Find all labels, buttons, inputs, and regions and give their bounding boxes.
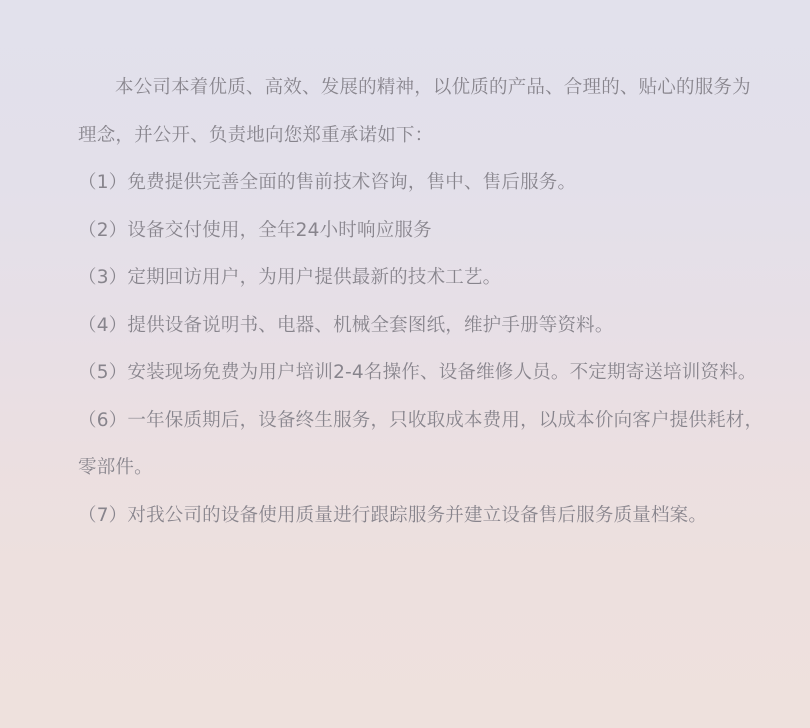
commitment-item-6-line-2: 零部件。 <box>78 444 758 492</box>
commitment-item-2: （2）设备交付使用，全年24小时响应服务 <box>78 207 758 255</box>
commitment-item-6-line-1: （6）一年保质期后，设备终生服务，只收取成本费用，以成本价向客户提供耗材， <box>78 397 758 445</box>
promise-intro-line-2: 理念，并公开、负责地向您郑重承诺如下： <box>78 112 758 160</box>
service-commitment-text: 本公司本着优质、高效、发展的精神，以优质的产品、合理的、贴心的服务为 理念，并公… <box>78 64 758 539</box>
commitment-item-7: （7）对我公司的设备使用质量进行跟踪服务并建立设备售后服务质量档案。 <box>78 492 758 540</box>
page-background: 本公司本着优质、高效、发展的精神，以优质的产品、合理的、贴心的服务为 理念，并公… <box>0 0 810 728</box>
commitment-item-1: （1）免费提供完善全面的售前技术咨询，售中、售后服务。 <box>78 159 758 207</box>
commitment-item-4: （4）提供设备说明书、电器、机械全套图纸，维护手册等资料。 <box>78 302 758 350</box>
promise-intro-line-1: 本公司本着优质、高效、发展的精神，以优质的产品、合理的、贴心的服务为 <box>78 64 758 112</box>
commitment-item-3: （3）定期回访用户，为用户提供最新的技术工艺。 <box>78 254 758 302</box>
commitment-item-5: （5）安装现场免费为用户培训2-4名操作、设备维修人员。不定期寄送培训资料。 <box>78 349 758 397</box>
